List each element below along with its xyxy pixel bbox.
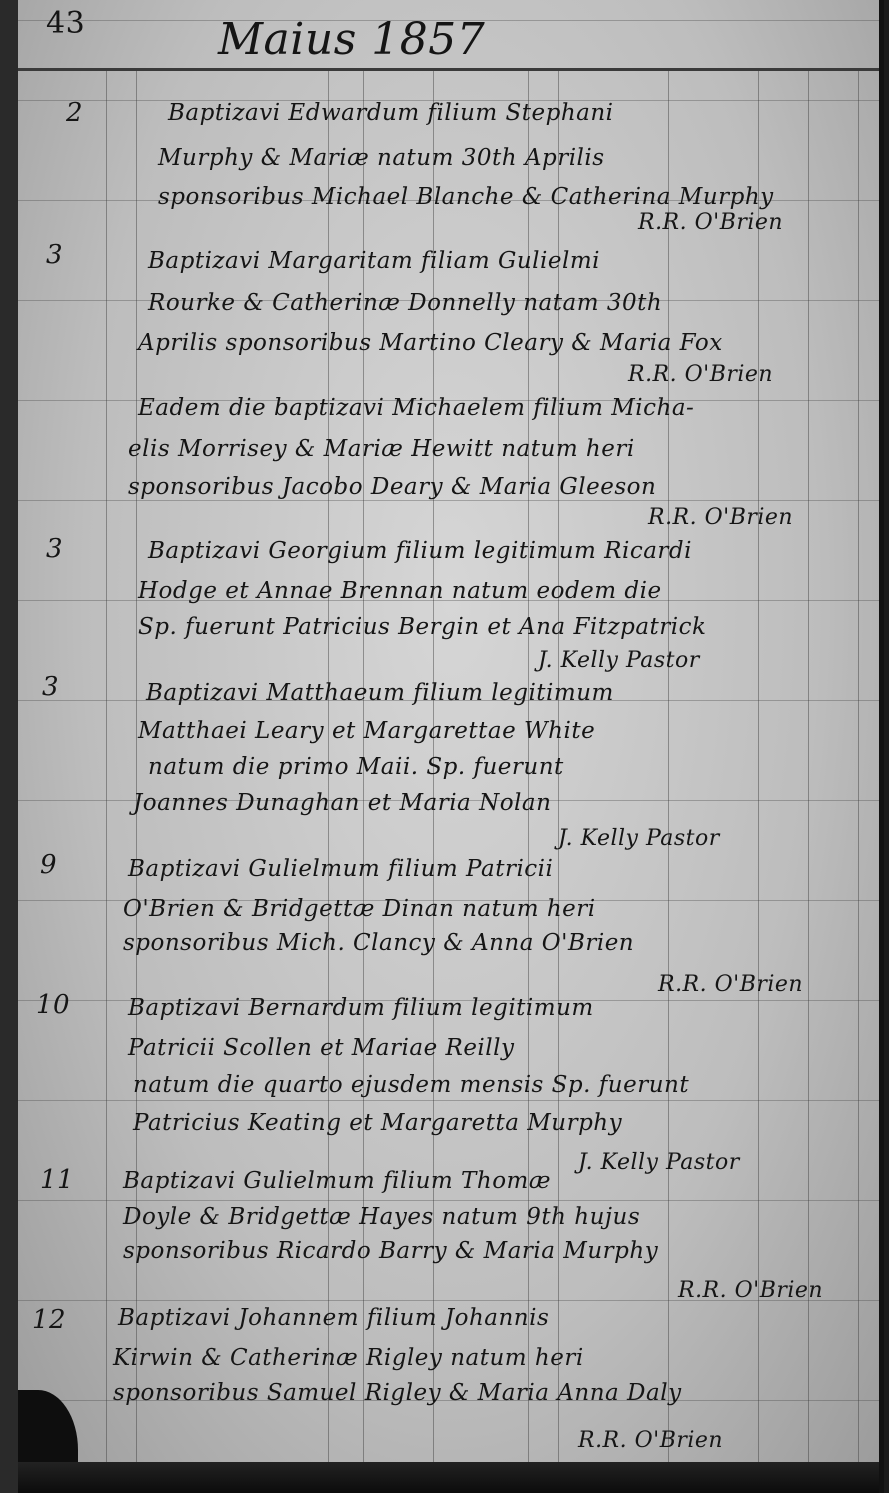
entry-day: 9 xyxy=(40,850,57,880)
priest-signature: R.R. O'Brien xyxy=(658,972,803,997)
entry-line: Hodge et Annae Brennan natum eodem die xyxy=(138,578,662,604)
header-rule xyxy=(18,68,884,71)
entry-line: natum die quarto ejusdem mensis Sp. fuer… xyxy=(133,1072,689,1098)
entry-line: Baptizavi Bernardum filium legitimum xyxy=(128,995,594,1021)
entry-line: Baptizavi Edwardum filium Stephani xyxy=(168,100,614,126)
entry-line: Murphy & Mariæ natum 30th Aprilis xyxy=(158,145,605,171)
priest-signature: R.R. O'Brien xyxy=(648,505,793,530)
register-page: 43 Maius 1857 2 Baptizavi Edwardum filiu… xyxy=(18,0,884,1493)
pastor-signature: J. Kelly Pastor xyxy=(538,648,700,673)
pastor-signature: J. Kelly Pastor xyxy=(578,1150,740,1175)
entry-line: Aprilis sponsoribus Martino Cleary & Mar… xyxy=(138,330,723,356)
priest-signature: R.R. O'Brien xyxy=(628,362,773,387)
entry-line: Baptizavi Margaritam filiam Gulielmi xyxy=(148,248,600,274)
entry-line: Rourke & Catherinæ Donnelly natam 30th xyxy=(148,290,662,316)
page-heading: Maius 1857 xyxy=(218,14,485,65)
entry-line: Patricii Scollen et Mariae Reilly xyxy=(128,1035,515,1061)
page-edge xyxy=(879,0,884,1493)
entry-day: 3 xyxy=(46,534,63,564)
priest-signature: R.R. O'Brien xyxy=(678,1278,823,1303)
entry-day: 11 xyxy=(40,1165,74,1195)
entry-line: Baptizavi Johannem filium Johannis xyxy=(118,1305,549,1331)
entry-line: Baptizavi Gulielmum filium Thomæ xyxy=(123,1168,551,1194)
entry-day: 12 xyxy=(32,1305,66,1335)
entry-line: sponsoribus Ricardo Barry & Maria Murphy xyxy=(123,1238,658,1264)
entry-line: Baptizavi Georgium filium legitimum Rica… xyxy=(148,538,692,564)
entry-line: Baptizavi Matthaeum filium legitimum xyxy=(146,680,614,706)
entry-line: Matthaei Leary et Margarettae White xyxy=(138,718,595,744)
entry-line: Kirwin & Catherinæ Rigley natum heri xyxy=(113,1345,584,1371)
entry-line: Baptizavi Gulielmum filium Patricii xyxy=(128,856,553,882)
entry-line: Doyle & Bridgettæ Hayes natum 9th hujus xyxy=(123,1204,640,1230)
entry-line: sponsoribus Jacobo Deary & Maria Gleeson xyxy=(128,474,656,500)
entry-line: Eadem die baptizavi Michaelem filium Mic… xyxy=(138,395,694,421)
entry-line: sponsoribus Michael Blanche & Catherina … xyxy=(158,184,774,210)
pastor-signature: J. Kelly Pastor xyxy=(558,826,720,851)
entry-line: sponsoribus Samuel Rigley & Maria Anna D… xyxy=(113,1380,682,1406)
folio-number: 43 xyxy=(46,6,85,41)
entry-day: 3 xyxy=(46,240,63,270)
entry-day: 10 xyxy=(36,990,70,1020)
entry-line: sponsoribus Mich. Clancy & Anna O'Brien xyxy=(123,930,634,956)
entry-line: elis Morrisey & Mariæ Hewitt natum heri xyxy=(128,436,635,462)
entry-day: 3 xyxy=(42,672,59,702)
entry-line: O'Brien & Bridgettæ Dinan natum heri xyxy=(123,896,596,922)
entry-line: Joannes Dunaghan et Maria Nolan xyxy=(133,790,551,816)
page-bottom-shadow xyxy=(18,1462,884,1493)
entry-line: Patricius Keating et Margaretta Murphy xyxy=(133,1110,622,1136)
entry-day: 2 xyxy=(66,98,83,128)
priest-signature: R.R. O'Brien xyxy=(638,210,783,235)
entry-line: Sp. fuerunt Patricius Bergin et Ana Fitz… xyxy=(138,614,706,640)
priest-signature: R.R. O'Brien xyxy=(578,1428,723,1453)
book-binding xyxy=(0,0,18,1493)
entry-line: natum die primo Maii. Sp. fuerunt xyxy=(148,754,564,780)
